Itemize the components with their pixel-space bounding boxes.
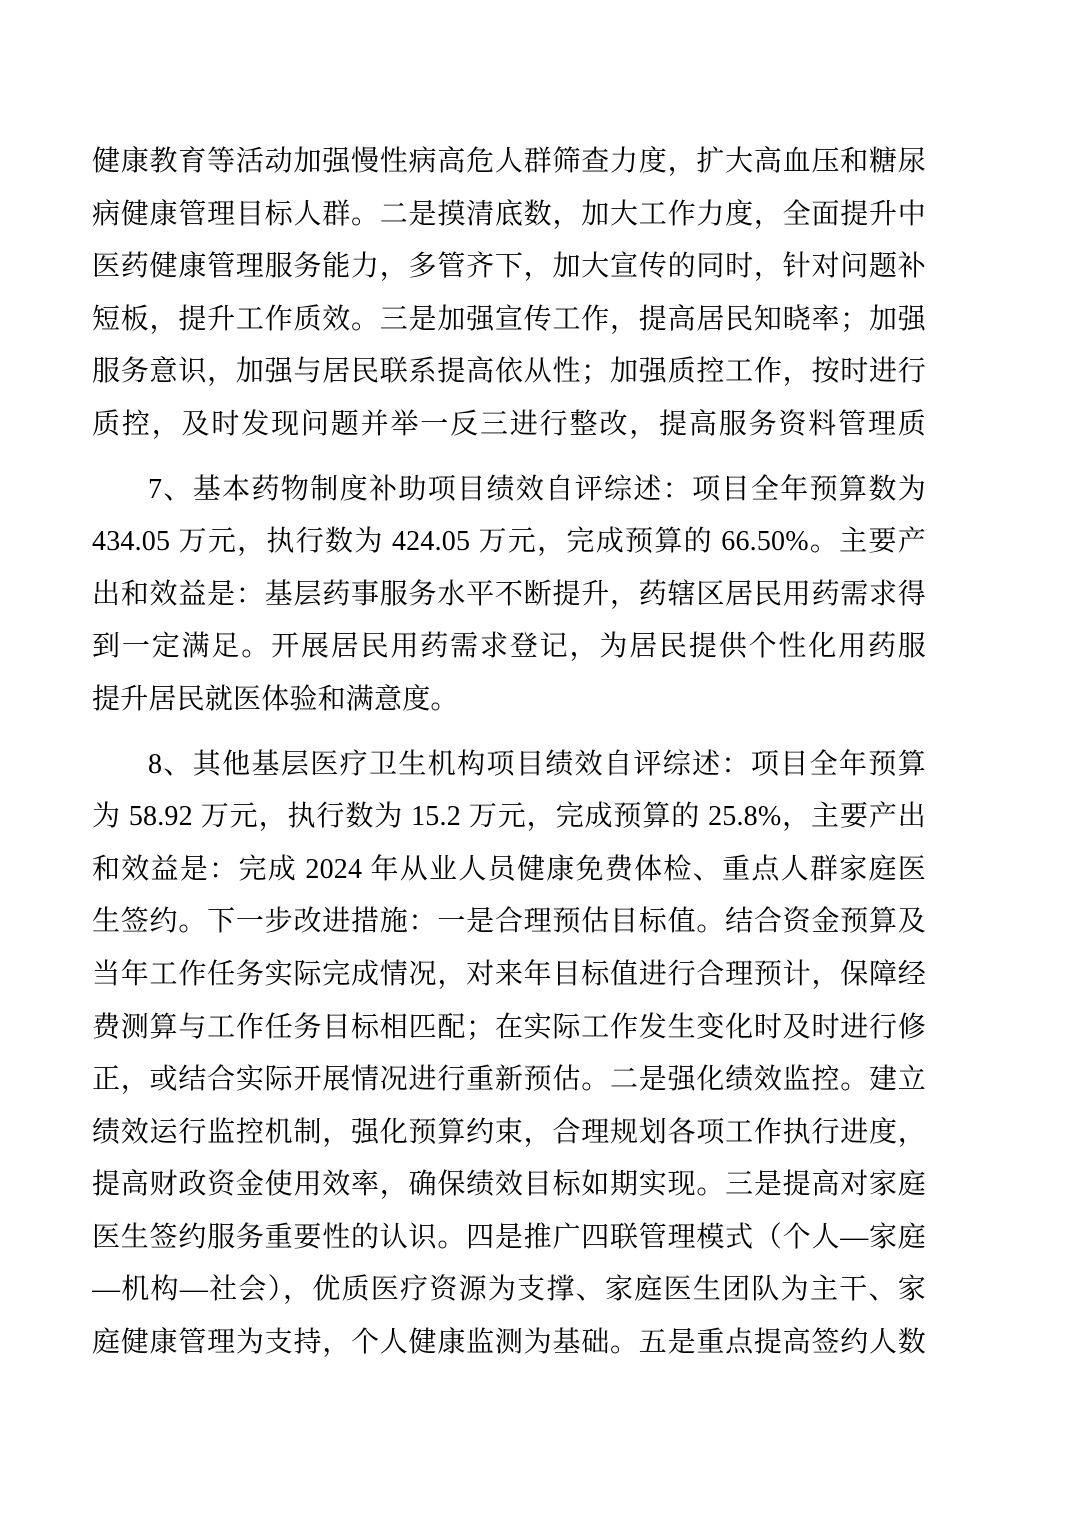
text-line: 提高财政资金使用效率，确保绩效目标如期实现。三是提高对家庭: [92, 1159, 926, 1212]
text-line: 庭健康管理为支持，个人健康监测为基础。五是重点提高签约人数: [92, 1317, 926, 1370]
text-line: 医药健康管理服务能力，多管齐下，加大宣传的同时，针对问题补: [92, 241, 926, 294]
text-line: 短板，提升工作质效。三是加强宣传工作，提高居民知晓率；加强: [92, 294, 926, 347]
text-line: 434.05 万元，执行数为 424.05 万元，完成预算的 66.50%。主要…: [92, 516, 926, 569]
text-line: 正，或结合实际开展情况进行重新预估。二是强化绩效监控。建立: [92, 1054, 926, 1107]
text-line: 和效益是：完成 2024 年从业人员健康免费体检、重点人群家庭医: [92, 844, 926, 897]
text-line: 到一定满足。开展居民用药需求登记，为居民提供个性化用药服务，: [92, 621, 926, 674]
text-line: 提升居民就医体验和满意度。: [92, 674, 926, 727]
text-line: 健康教育等活动加强慢性病高危人群筛查力度，扩大高血压和糖尿: [92, 136, 926, 189]
text-line: 为 58.92 万元，执行数为 15.2 万元，完成预算的 25.8%，主要产出: [92, 791, 926, 844]
text-line: 7、基本药物制度补助项目绩效自评综述：项目全年预算数为: [92, 464, 926, 517]
paragraph-item-8: 8、其他基层医疗卫生机构项目绩效自评综述：项目全年预算 为 58.92 万元，执…: [92, 739, 926, 1370]
text-line: 医生签约服务重要性的认识。四是推广四联管理模式（个人—家庭: [92, 1212, 926, 1265]
text-line: —机构—社会），优质医疗资源为支撑、家庭医生团队为主干、家: [92, 1264, 926, 1317]
text-line: 生签约。下一步改进措施：一是合理预估目标值。结合资金预算及: [92, 896, 926, 949]
text-line: 绩效运行监控机制，强化预算约束，合理规划各项工作执行进度，: [92, 1107, 926, 1160]
text-line: 当年工作任务实际完成情况，对来年目标值进行合理预计，保障经: [92, 949, 926, 1002]
text-line: 8、其他基层医疗卫生机构项目绩效自评综述：项目全年预算: [92, 739, 926, 792]
paragraph-item-7: 7、基本药物制度补助项目绩效自评综述：项目全年预算数为 434.05 万元，执行…: [92, 464, 926, 727]
text-line: 出和效益是：基层药事服务水平不断提升，药辖区居民用药需求得: [92, 569, 926, 622]
text-line: 服务意识，加强与居民联系提高依从性；加强质控工作，按时进行: [92, 346, 926, 399]
document-page: 健康教育等活动加强慢性病高危人群筛查力度，扩大高血压和糖尿 病健康管理目标人群。…: [0, 0, 1069, 1514]
text-line: 费测算与工作任务目标相匹配；在实际工作发生变化时及时进行修: [92, 1002, 926, 1055]
text-line: 质控，及时发现问题并举一反三进行整改，提高服务资料管理质量。: [92, 399, 926, 452]
paragraph-continuation: 健康教育等活动加强慢性病高危人群筛查力度，扩大高血压和糖尿 病健康管理目标人群。…: [92, 136, 926, 452]
text-line: 病健康管理目标人群。二是摸清底数，加大工作力度，全面提升中: [92, 189, 926, 242]
